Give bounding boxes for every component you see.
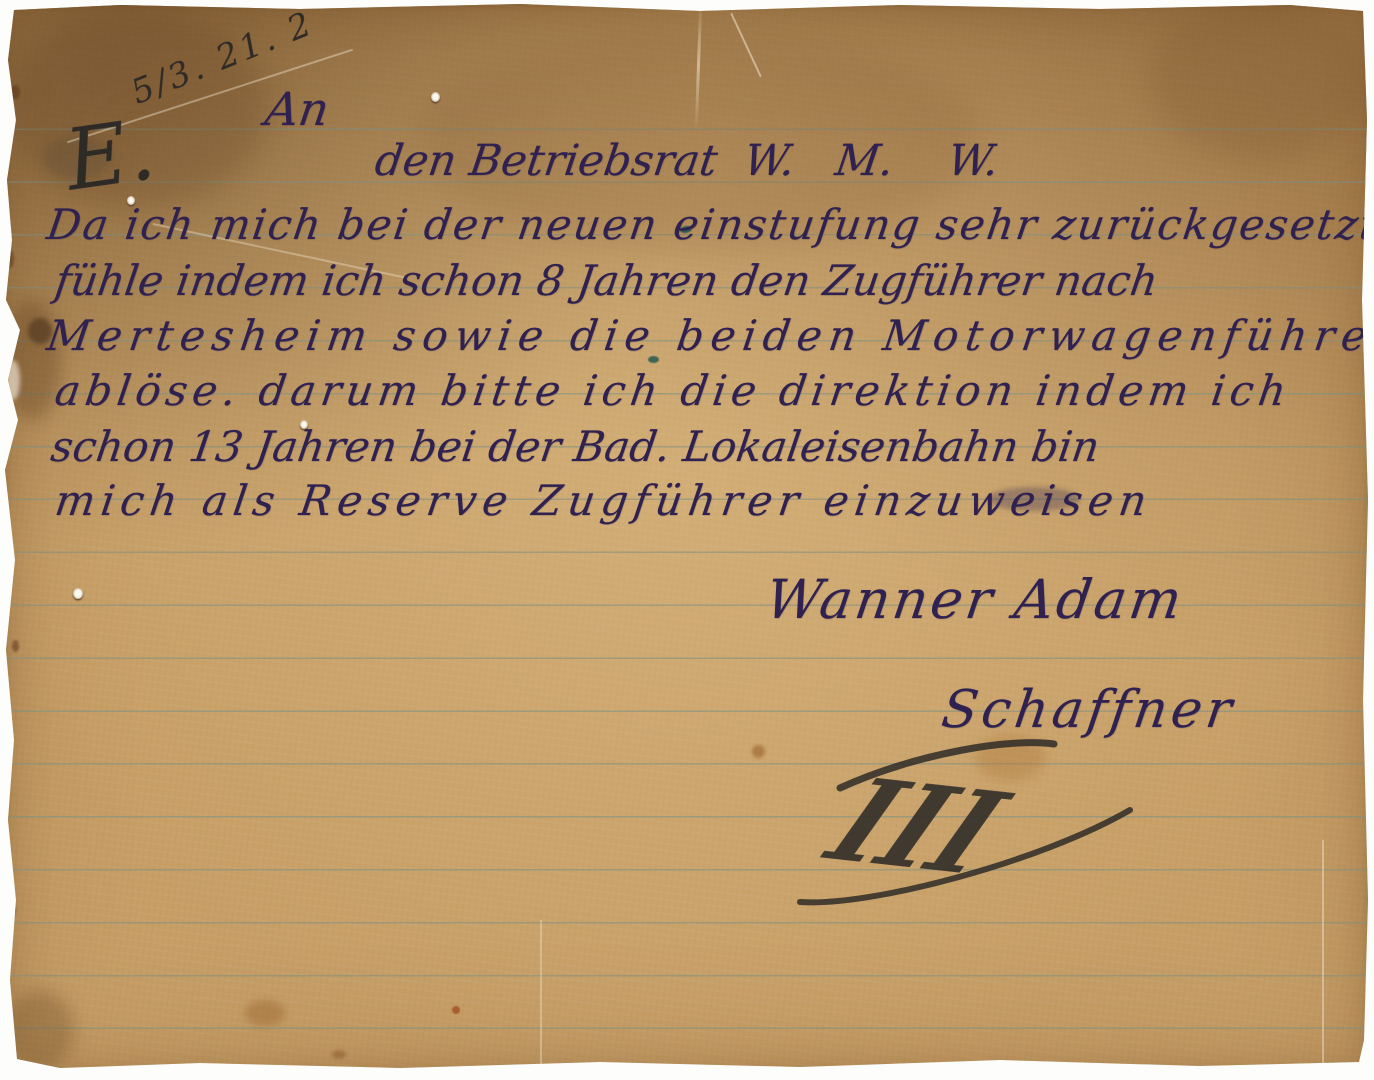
crease	[1322, 840, 1324, 1070]
stain	[752, 745, 765, 758]
crease	[730, 13, 761, 77]
body-line-1: Da ich mich bei der neuen einstufung seh…	[44, 200, 1374, 249]
stain	[4, 990, 74, 1070]
body-line-2: fühle indem ich schon 8 Jahren den Zugfü…	[52, 256, 1161, 305]
recipient-line: den Betriebsrat W. M. W.	[372, 136, 1002, 186]
signature-name: Wanner Adam	[762, 568, 1188, 631]
salutation: An	[262, 82, 332, 136]
paper-hole	[73, 588, 83, 599]
edge-speck	[6, 250, 14, 268]
body-line-5: schon 13 Jahren bei der Bad. Lokaleisenb…	[48, 422, 1103, 471]
body-line-3: Mertesheim sowie die beiden Motorwagenfü…	[44, 311, 1374, 360]
tear-highlight	[6, 360, 20, 400]
stain	[1150, 0, 1370, 160]
edge-speck	[10, 85, 20, 99]
edge-speck	[8, 905, 16, 915]
paper-hole	[431, 92, 440, 102]
letter-page: 5/3. 21. 2 E. An den Betriebsrat W. M. W…	[0, 0, 1374, 1080]
edge-speck	[12, 640, 19, 652]
body-line-4: ablöse. darum bitte ich die direktion in…	[52, 366, 1294, 415]
stain	[452, 1006, 460, 1014]
stain	[332, 1050, 346, 1059]
crease	[695, 0, 703, 130]
stain	[245, 1000, 285, 1026]
scanned-letter: 5/3. 21. 2 E. An den Betriebsrat W. M. W…	[0, 0, 1374, 1080]
crease	[540, 920, 542, 1070]
body-line-6: mich als Reserve Zugführer einzuweisen	[52, 476, 1156, 525]
pencil-registry-mark: E.	[60, 100, 161, 209]
